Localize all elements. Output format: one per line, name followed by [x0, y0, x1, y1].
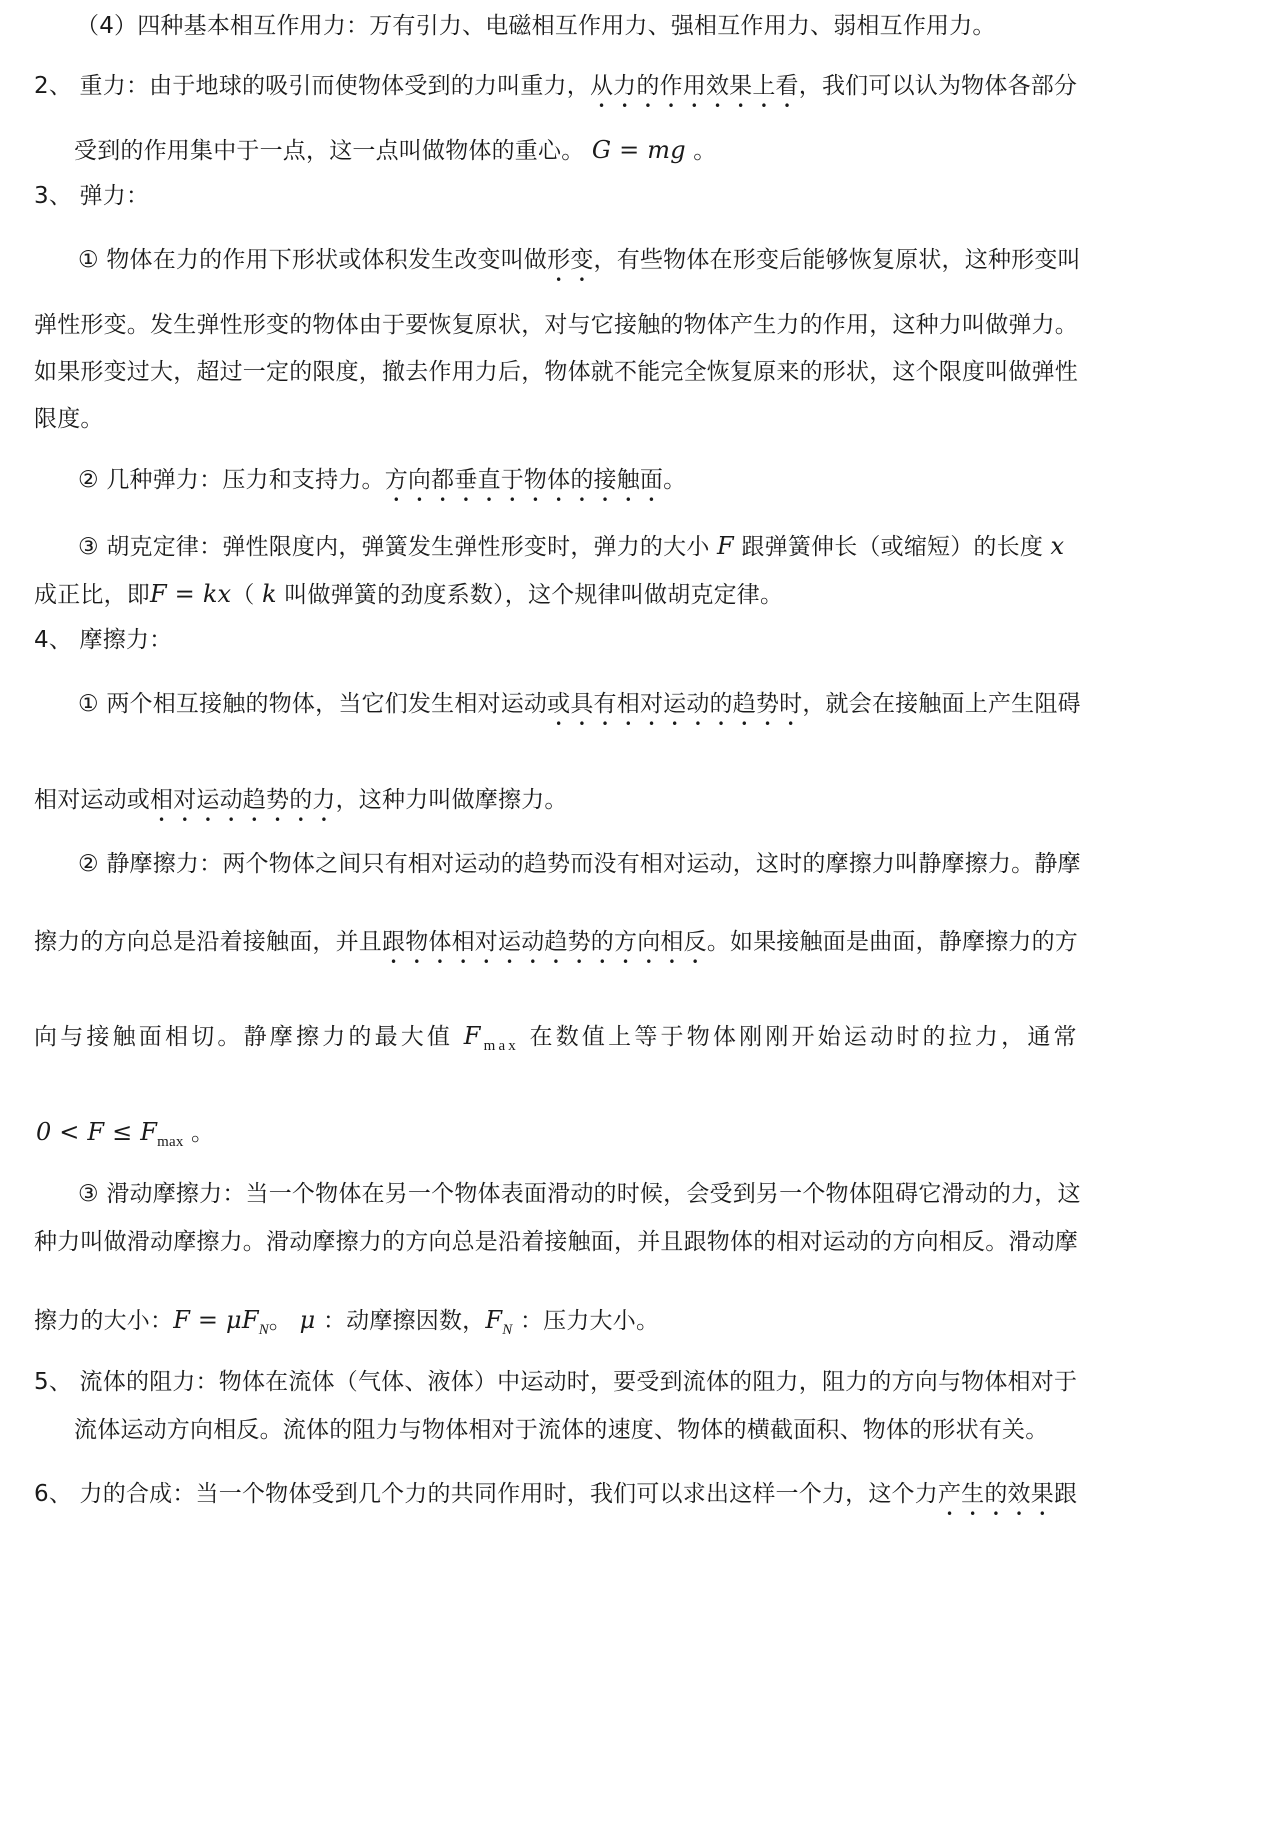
text: 擦力的方向总是沿着接触面，并且 [34, 929, 382, 955]
text: 向与接触面相切。静摩擦力的最大值 [34, 1024, 464, 1050]
section-3-item3-line1: ③ 胡克定律：弹性限度内，弹簧发生弹性形变时，弹力的大小 F 跟弹簧伸长（或缩短… [78, 530, 1064, 563]
section-2-gravity-line1: 2、 重力：由于地球的吸引而使物体受到的力叫重力，从力的作用效果上看，我们可以认… [34, 70, 1077, 113]
section-3-item1-line4: 限度。 [34, 403, 104, 435]
section-4-item3-line3: 擦力的大小：F = μFN。 μ ：动摩擦因数，FN ：压力大小。 [34, 1304, 659, 1346]
section-4-item3-line2: 种力叫做滑动摩擦力。滑动摩擦力的方向总是沿着接触面，并且跟物体的相对运动的方向相… [34, 1226, 1078, 1258]
formula-hooke: F = kx [150, 580, 231, 608]
section-3-item1-line2: 弹性形变。发生弹性形变的物体由于要恢复原状，对与它接触的物体产生力的作用，这种力… [34, 309, 1078, 341]
symbol-F: F [717, 532, 734, 560]
formula-sliding-friction: F = μF [173, 1306, 258, 1334]
text: ② 几种弹力：压力和支持力。 [78, 467, 385, 493]
text: 跟弹簧伸长（或缩短）的长度 [734, 534, 1051, 560]
text: ：压力大小。 [512, 1308, 659, 1334]
section-title: 3、 弹力： [34, 183, 149, 209]
text: （4）四种基本相互作用力：万有引力、电磁相互作用力、强相互作用力、弱相互作用力。 [76, 13, 996, 39]
section-5-line2: 流体运动方向相反。流体的阻力与物体相对于流体的速度、物体的横截面积、物体的形状有… [74, 1414, 1048, 1446]
text: 限度。 [34, 406, 104, 432]
symbol-k: k [262, 580, 277, 608]
text: 。如果接触面是曲面，静摩擦力的方 [707, 929, 1078, 955]
section-4-item2-line3: 向与接触面相切。静摩擦力的最大值 Fmax 在数值上等于物体刚刚开始运动时的拉力… [34, 1020, 1080, 1062]
text: ③ 滑动摩擦力：当一个物体在另一个物体表面滑动的时候，会受到另一个物体阻碍它滑动… [78, 1181, 1081, 1207]
emphasized-text: 产生的效果 [938, 1481, 1054, 1507]
section-2-gravity-line2: 受到的作用集中于一点，这一点叫做物体的重心。 G = mg 。 [74, 134, 717, 167]
text: 。 [686, 138, 717, 164]
text: 受到的作用集中于一点，这一点叫做物体的重心。 [74, 138, 584, 164]
subscript-max: max [157, 1134, 183, 1150]
section-4-item2-line2: 擦力的方向总是沿着接触面，并且跟物体相对运动趋势的方向相反。如果接触面是曲面，静… [34, 926, 1078, 969]
section-6-line1: 6、 力的合成：当一个物体受到几个力的共同作用时，我们可以求出这样一个力，这个力… [34, 1478, 1077, 1521]
symbol-F-max: F [464, 1022, 484, 1050]
emphasized-text: 跟物体相对运动趋势的方向相反 [382, 929, 707, 955]
text: 在数值上等于物体刚刚开始运动时的拉力，通常 [519, 1024, 1080, 1050]
section-4-item3-line1: ③ 滑动摩擦力：当一个物体在另一个物体表面滑动的时候，会受到另一个物体阻碍它滑动… [78, 1178, 1081, 1210]
subscript-max: max [484, 1038, 519, 1054]
item-4-fundamental-forces: （4）四种基本相互作用力：万有引力、电磁相互作用力、强相互作用力、弱相互作用力。 [76, 10, 996, 42]
text: 。 [269, 1308, 300, 1334]
text: ：动摩擦因数， [315, 1308, 485, 1334]
text: 。 [184, 1120, 215, 1146]
text: （ [231, 582, 262, 608]
section-3-item1-line3: 如果形变过大，超过一定的限度，撤去作用力后，物体就不能完全恢复原来的形状，这个限… [34, 356, 1078, 388]
text: 成正比，即 [34, 582, 150, 608]
text: 相对运动或 [34, 787, 150, 813]
text: ，我们可以认为物体各部分 [799, 73, 1077, 99]
section-5-line1: 5、 流体的阻力：物体在流体（气体、液体）中运动时，要受到流体的阻力，阻力的方向… [34, 1366, 1077, 1398]
text: 种力叫做滑动摩擦力。滑动摩擦力的方向总是沿着接触面，并且跟物体的相对运动的方向相… [34, 1229, 1078, 1255]
section-4-heading: 4、 摩擦力： [34, 624, 172, 656]
section-4-item1-line2: 相对运动或相对运动趋势的力，这种力叫做摩擦力。 [34, 784, 568, 827]
text: 2、 重力：由于地球的吸引而使物体受到的力叫重力， [34, 73, 590, 99]
text: 6、 力的合成：当一个物体受到几个力的共同作用时，我们可以求出这样一个力，这个力 [34, 1481, 938, 1507]
section-3-heading: 3、 弹力： [34, 180, 149, 212]
section-4-item2-line1: ② 静摩擦力：两个物体之间只有相对运动的趋势而没有相对运动，这时的摩擦力叫静摩擦… [78, 848, 1081, 880]
document-page: （4）四种基本相互作用力：万有引力、电磁相互作用力、强相互作用力、弱相互作用力。… [0, 0, 1280, 1834]
section-3-item2: ② 几种弹力：压力和支持力。方向都垂直于物体的接触面。 [78, 464, 686, 507]
text: ② 静摩擦力：两个物体之间只有相对运动的趋势而没有相对运动，这时的摩擦力叫静摩擦… [78, 851, 1081, 877]
text: 5、 流体的阻力：物体在流体（气体、液体）中运动时，要受到流体的阻力，阻力的方向… [34, 1369, 1077, 1395]
text: 擦力的大小： [34, 1308, 173, 1334]
emphasized-text: 方向都垂直于物体的接触面。 [385, 467, 687, 493]
formula-gravity: G = mg [592, 136, 686, 164]
subscript-N: N [259, 1322, 269, 1338]
text: ，有些物体在形变后能够恢复原状，这种形变叫 [594, 247, 1081, 273]
emphasized-text: 相对运动趋势的力 [150, 787, 336, 813]
section-3-item3-line2: 成正比，即F = kx（ k 叫做弹簧的劲度系数），这个规律叫做胡克定律。 [34, 578, 783, 611]
emphasized-text: 或具有相对运动的趋势时 [547, 691, 802, 717]
text: ① 物体在力的作用下形状或体积发生改变叫做 [78, 247, 547, 273]
emphasized-text: 从力的作用效果上看 [590, 73, 799, 99]
section-4-item1-line1: ① 两个相互接触的物体，当它们发生相对运动或具有相对运动的趋势时，就会在接触面上… [78, 688, 1081, 731]
text: ③ 胡克定律：弹性限度内，弹簧发生弹性形变时，弹力的大小 [78, 534, 717, 560]
section-title: 4、 摩擦力： [34, 627, 172, 653]
symbol-x: x [1051, 532, 1065, 560]
section-3-item1-line1: ① 物体在力的作用下形状或体积发生改变叫做形变，有些物体在形变后能够恢复原状，这… [78, 244, 1081, 287]
text: 跟 [1054, 1481, 1077, 1507]
emphasized-text: 形变 [547, 247, 593, 273]
text: ，就会在接触面上产生阻碍 [802, 691, 1080, 717]
text: ① 两个相互接触的物体，当它们发生相对运动 [78, 691, 547, 717]
text: 叫做弹簧的劲度系数），这个规律叫做胡克定律。 [277, 582, 783, 608]
text: 流体运动方向相反。流体的阻力与物体相对于流体的速度、物体的横截面积、物体的形状有… [74, 1417, 1048, 1443]
text: 如果形变过大，超过一定的限度，撤去作用力后，物体就不能完全恢复原来的形状，这个限… [34, 359, 1078, 385]
section-4-item2-line4: 0 < F ≤ Fmax 。 [36, 1116, 214, 1158]
symbol-FN: F [485, 1306, 502, 1334]
formula-static-friction-range: 0 < F ≤ F [36, 1118, 157, 1146]
text: 弹性形变。发生弹性形变的物体由于要恢复原状，对与它接触的物体产生力的作用，这种力… [34, 312, 1078, 338]
subscript-N: N [502, 1322, 512, 1338]
symbol-mu: μ [300, 1306, 316, 1334]
text: ，这种力叫做摩擦力。 [336, 787, 568, 813]
